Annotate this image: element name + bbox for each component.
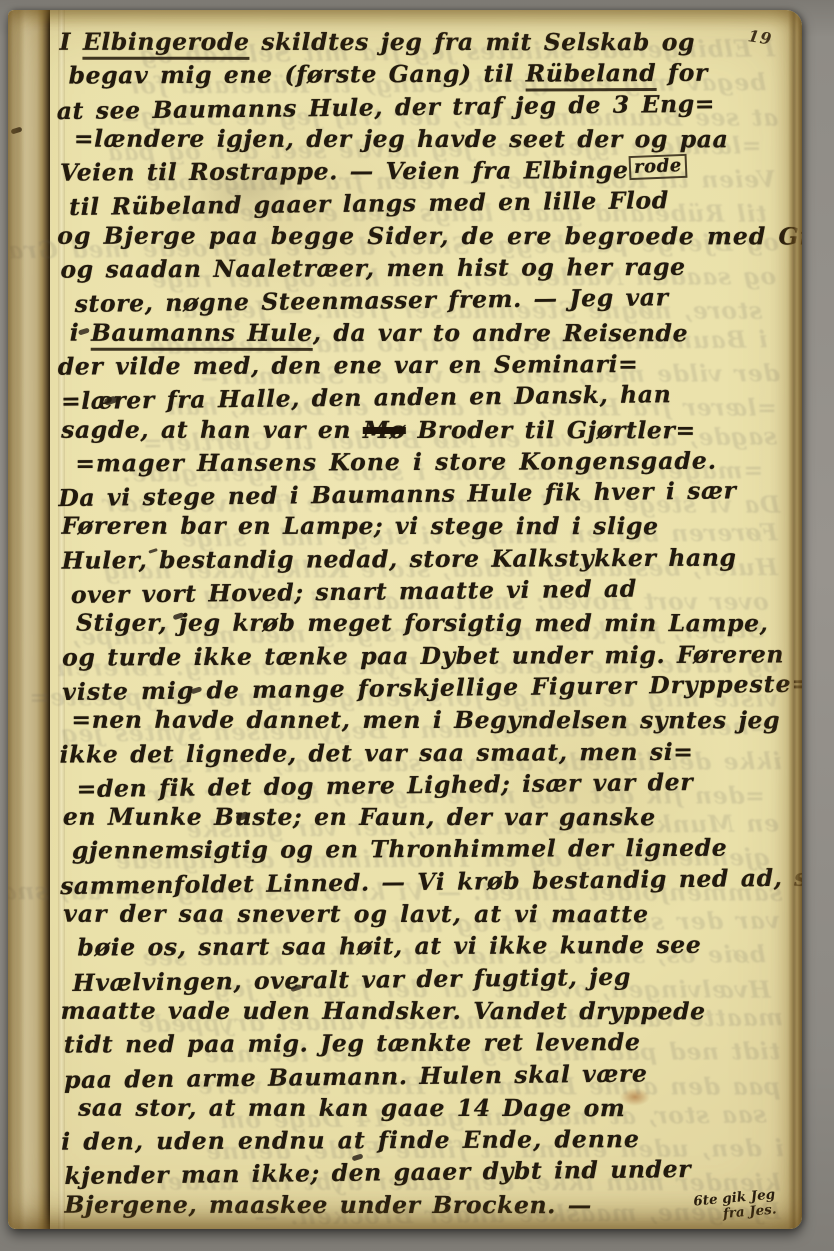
manuscript-line: store, nøgne Steenmasser frem. — Jeg var	[74, 280, 776, 320]
manuscript-line: =nen havde dannet, men i Begyndelsen syn…	[71, 704, 778, 737]
manuscript-line: =den fik det dog mere Lighed; især var d…	[77, 765, 779, 805]
manuscript-line: var der saa snevert og lavt, at vi maatt…	[63, 898, 779, 931]
manuscript-line: begav mig ene (første Gang) til Rübeland…	[69, 57, 776, 92]
manuscript-line: Da vi stege ned i Baumanns Hule fik hver…	[58, 474, 777, 514]
book-page: I Elbingerode skildtes jeg fra mit Selsk…	[8, 10, 802, 1229]
manuscript-line: bøie os, snart saa høit, at vi ikke kund…	[77, 929, 779, 964]
manuscript-line: viste mig de mange forskjellige Figurer …	[62, 668, 778, 708]
manuscript-line: i Baumanns Hule, da var to andre Reisend…	[70, 316, 777, 349]
manuscript-line: saa stor, at man kan gaae 14 Dage om	[78, 1091, 780, 1124]
page-number: 19	[746, 26, 773, 49]
manuscript-line: sammenfoldet Linned. — Vi krøb bestandig…	[60, 862, 779, 902]
manuscript-line: gjennemsigtig og en Thronhimmel der lign…	[72, 832, 779, 867]
ink-speck	[10, 126, 22, 134]
manuscript-line: tidt ned paa mig. Jeg tænkte ret levende	[64, 1026, 780, 1061]
page-fore-edge	[788, 10, 802, 1229]
binding-edge	[8, 10, 50, 1229]
manuscript-line: sagde, at han var en Mø Broder til Gjørt…	[61, 413, 777, 446]
manuscript-line: paa den arme Baumann. Hulen skal være	[64, 1055, 780, 1095]
manuscript-line: at see Baumanns Hule, der traf jeg de 3 …	[57, 87, 776, 127]
manuscript-line: Føreren bar en Lampe; vi stege ind i sli…	[62, 510, 778, 543]
manuscript-text: I Elbingerode skildtes jeg fra mit Selsk…	[59, 24, 780, 1227]
manuscript-line: over vort Hoved; snart maatte vi ned ad	[71, 571, 778, 611]
manuscript-line: kjender man ikke; den gaaer dybt ind und…	[64, 1152, 780, 1192]
manuscript-line: Stiger, jeg krøb meget forsigtig med min…	[76, 607, 778, 640]
manuscript-line: maatte vade uden Handsker. Vandet dryppe…	[61, 995, 780, 1028]
manuscript-line: en Munke Buste; en Faun, der var ganske	[63, 801, 779, 834]
manuscript-line: Bjergene, maaskee under Brocken. —	[65, 1188, 781, 1221]
manuscript-line: =lændere igjen, der jeg havde seet der o…	[74, 123, 776, 156]
scanned-manuscript: I Elbingerode skildtes jeg fra mit Selsk…	[0, 0, 834, 1251]
manuscript-line: I Elbingerode skildtes jeg fra mit Selsk…	[59, 26, 775, 59]
manuscript-line: og Bjerge paa begge Sider, de ere begroe…	[57, 219, 776, 252]
manuscript-line: Hvælvingen, overalt var der fugtigt, jeg	[72, 959, 779, 999]
manuscript-line: =lærer fra Halle, den anden en Dansk, ha…	[61, 377, 777, 417]
manuscript-line: til Rübeland gaaer langs med en lille Fl…	[69, 183, 776, 223]
manuscript-line: ikke det lignede, det var saa smaat, men…	[59, 735, 778, 770]
